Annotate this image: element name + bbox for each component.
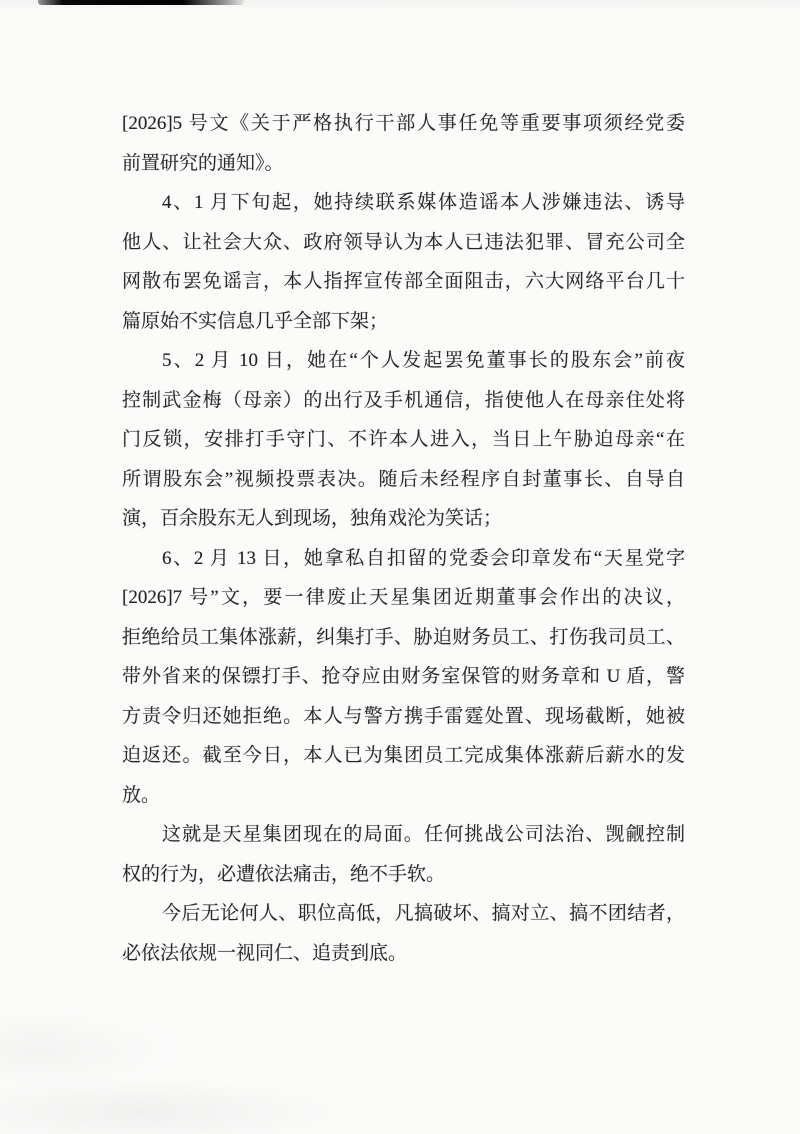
text-line: 6、2 月 13 日，她拿私自扣留的党委会印章发布“天星党字 <box>122 539 685 579</box>
paragraph: 4、1 月下旬起，她持续联系媒体造谣本人涉嫌违法、诱导他人、让社会大众、政府领导… <box>122 183 685 341</box>
paragraph: 5、2 月 10 日，她在“个人发起罢免董事长的股东会”前夜控制武金梅（母亲）的… <box>122 341 685 539</box>
text-line: 必依法依规一视同仁、追责到底。 <box>122 934 685 974</box>
text-line: 这就是天星集团现在的局面。任何挑战公司法治、觊觎控制 <box>122 815 685 855</box>
document-text: [2026]5 号文《关于严格执行干部人事任免等重要事项须经党委前置研究的通知》… <box>122 104 685 973</box>
text-line: 带外省来的保镖打手、抢夺应由财务室保管的财务章和 U 盾，警 <box>122 657 685 697</box>
text-line: 所谓股东会”视频投票表决。随后未经程序自封董事长、自导自 <box>122 460 685 500</box>
text-line: 拒绝给员工集体涨薪，纠集打手、胁迫财务员工、打伤我司员工、 <box>122 618 685 658</box>
text-line: 前置研究的通知》。 <box>122 144 685 184</box>
text-line: [2026]7 号”文，要一律废止天星集团近期董事会作出的决议， <box>122 578 685 618</box>
text-line: 他人、让社会大众、政府领导认为本人已违法犯罪、冒充公司全 <box>122 223 685 263</box>
text-line: 控制武金梅（母亲）的出行及手机通信，指使他人在母亲住处将 <box>122 381 685 421</box>
text-line: 权的行为，必遭依法痛击，绝不手软。 <box>122 855 685 895</box>
text-line: 网散布罢免谣言，本人指挥宣传部全面阻击，六大网络平台几十 <box>122 262 685 302</box>
text-line: 迫返还。截至今日，本人已为集团员工完成集体涨薪后薪水的发 <box>122 736 685 776</box>
paragraph: 6、2 月 13 日，她拿私自扣留的党委会印章发布“天星党字[2026]7 号”… <box>122 539 685 816</box>
text-line: 演，百余股东无人到现场，独角戏沦为笑话； <box>122 499 685 539</box>
text-line: 5、2 月 10 日，她在“个人发起罢免董事长的股东会”前夜 <box>122 341 685 381</box>
paragraph: [2026]5 号文《关于严格执行干部人事任免等重要事项须经党委前置研究的通知》… <box>122 104 685 183</box>
text-line: 门反锁，安排打手守门、不许本人进入，当日上午胁迫母亲“在 <box>122 420 685 460</box>
text-line: 方责令归还她拒绝。本人与警方携手雷霆处置、现场截断，她被 <box>122 697 685 737</box>
text-line: 放。 <box>122 776 685 816</box>
text-line: [2026]5 号文《关于严格执行干部人事任免等重要事项须经党委 <box>122 104 685 144</box>
paragraph: 这就是天星集团现在的局面。任何挑战公司法治、觊觎控制权的行为，必遭依法痛击，绝不… <box>122 815 685 894</box>
text-line: 篇原始不实信息几乎全部下架； <box>122 302 685 342</box>
paragraph: 今后无论何人、职位高低，凡搞破坏、搞对立、搞不团结者，必依法依规一视同仁、追责到… <box>122 894 685 973</box>
text-line: 4、1 月下旬起，她持续联系媒体造谣本人涉嫌违法、诱导 <box>122 183 685 223</box>
text-line: 今后无论何人、职位高低，凡搞破坏、搞对立、搞不团结者， <box>122 894 685 934</box>
scan-artifact-mark <box>38 0 244 5</box>
